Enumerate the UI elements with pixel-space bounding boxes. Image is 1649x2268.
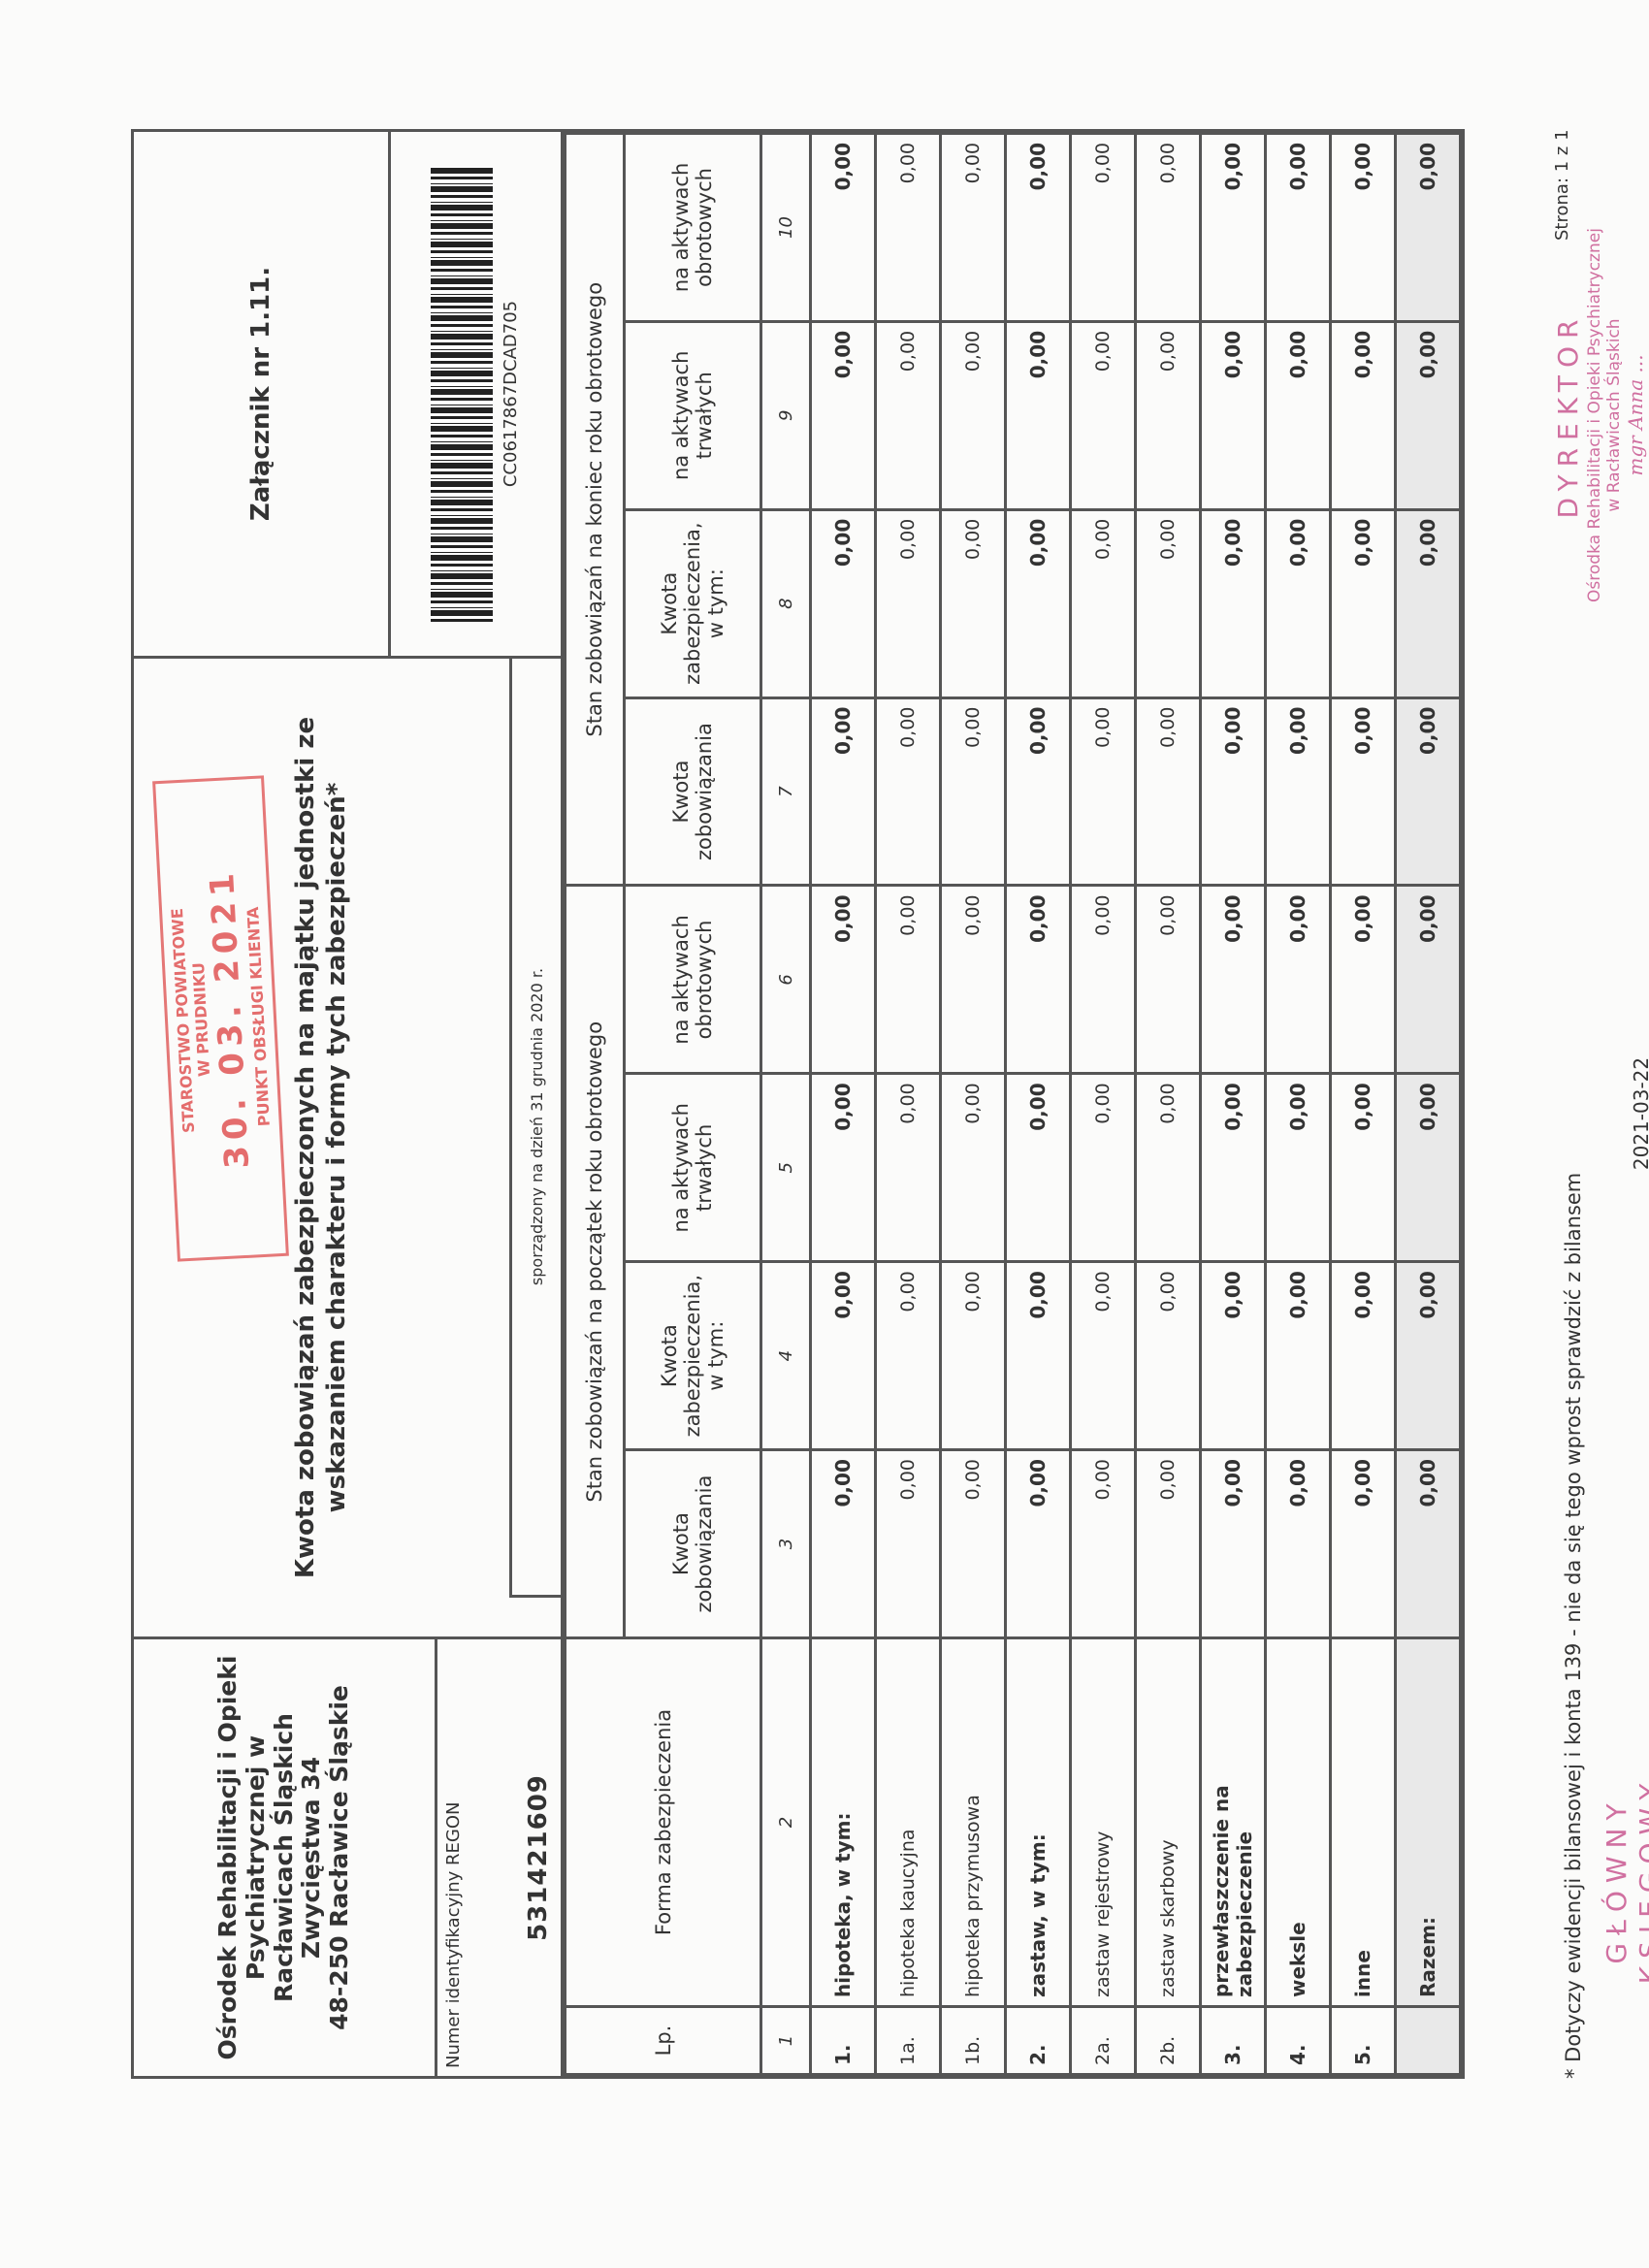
row-form: zastaw skarbowy <box>1136 1638 1201 2007</box>
table-row: 2a.zastaw rejestrowy0,000,000,000,000,00… <box>1071 134 1136 2075</box>
title-line-1: Kwota zobowiązań zabezpieczonych na mają… <box>291 717 321 1578</box>
barcode-icon <box>431 166 493 622</box>
row-value: 0,00 <box>1331 1262 1396 1450</box>
row-value: 0,00 <box>1006 134 1071 322</box>
row-value: 0,00 <box>1006 509 1071 697</box>
row-form: inne <box>1331 1638 1396 2007</box>
row-value: 0,00 <box>811 509 876 697</box>
attachment-block: Załącznik nr 1.11. CC0617867DCAD705 <box>134 132 561 656</box>
row-value: 0,00 <box>1396 509 1461 697</box>
row-value: 0,00 <box>1071 1074 1136 1262</box>
row-value: 0,00 <box>1006 1450 1071 1638</box>
group-end-header: Stan zobowiązań na koniec roku obrotoweg… <box>566 134 625 887</box>
row-value: 0,00 <box>811 134 876 322</box>
date-block: 2021-03-22 rok, miesiąc, dzień <box>1630 910 1649 1317</box>
row-value: 0,00 <box>1136 1262 1201 1450</box>
row-value: 0,00 <box>1266 697 1331 886</box>
col-4-header: Kwota zabezpieczenia, w tym: <box>625 1262 761 1450</box>
row-value: 0,00 <box>811 886 876 1074</box>
row-value: 0,00 <box>811 1450 876 1638</box>
column-number: 8 <box>761 509 811 697</box>
column-number: 3 <box>761 1450 811 1638</box>
row-value: 0,00 <box>1136 697 1201 886</box>
accountant-stamp: GŁÓWNY KSIĘGOWY mgr Alicja Pisiennik <box>1600 1734 1649 2025</box>
row-value: 0,00 <box>1006 1074 1071 1262</box>
accountant-stamp-title: GŁÓWNY KSIĘGOWY <box>1600 1734 1649 2025</box>
row-form: zastaw, w tym: <box>1006 1638 1071 2007</box>
row-value: 0,00 <box>876 509 941 697</box>
column-number: 2 <box>761 1638 811 2007</box>
row-form: weksle <box>1266 1638 1331 2007</box>
row-value: 0,00 <box>876 1074 941 1262</box>
row-lp: 5. <box>1331 2007 1396 2075</box>
table-body: 1.hipoteka, w tym:0,000,000,000,000,000,… <box>811 134 1461 2075</box>
org-line-1: Ośrodek Rehabilitacji i Opieki Psychiatr… <box>214 1649 271 2066</box>
director-stamp-title: DYREKTOR <box>1552 211 1585 619</box>
prepared-date: sporządzony na dzień 31 grudnia 2020 r. <box>509 659 561 1598</box>
row-form: hipoteka kaucyjna <box>876 1638 941 2007</box>
table-row: 1b.hipoteka przymusowa0,000,000,000,000,… <box>941 134 1006 2075</box>
footnote: * Dotyczy ewidencji bilansowej i konta 1… <box>1562 1173 1585 2079</box>
attachment-number: Załącznik nr 1.11. <box>134 132 391 656</box>
table-row: 3.przewłaszczenie na zabezpieczenie0,000… <box>1201 134 1266 2075</box>
row-value: 0,00 <box>1006 1262 1071 1450</box>
row-value: 0,00 <box>1071 134 1136 322</box>
row-value: 0,00 <box>1266 134 1331 322</box>
row-value: 0,00 <box>1006 886 1071 1074</box>
row-value: 0,00 <box>876 697 941 886</box>
director-stamp: DYREKTOR Ośrodka Rehabilitacji i Opieki … <box>1552 211 1647 619</box>
row-value: 0,00 <box>876 886 941 1074</box>
regon-box: Numer identyfikacyjny REGON 531421609 <box>435 1639 561 2076</box>
row-value: 0,00 <box>1331 1450 1396 1638</box>
row-value: 0,00 <box>1331 886 1396 1074</box>
row-value: 0,00 <box>941 509 1006 697</box>
row-value: 0,00 <box>1136 1450 1201 1638</box>
row-value: 0,00 <box>941 134 1006 322</box>
row-lp <box>1396 2007 1461 2075</box>
row-value: 0,00 <box>941 886 1006 1074</box>
row-value: 0,00 <box>1266 1450 1331 1638</box>
row-value: 0,00 <box>1071 1262 1136 1450</box>
row-value: 0,00 <box>1201 1262 1266 1450</box>
row-value: 0,00 <box>1331 1074 1396 1262</box>
row-value: 0,00 <box>811 321 876 509</box>
col-9-header: na aktywach trwałych <box>625 321 761 509</box>
director-stamp-line-1: Ośrodka Rehabilitacji i Opieki Psychiatr… <box>1585 211 1604 619</box>
row-value: 0,00 <box>1136 509 1201 697</box>
row-value: 0,00 <box>1396 1074 1461 1262</box>
col-10-header: na aktywach obrotowych <box>625 134 761 322</box>
row-value: 0,00 <box>1201 886 1266 1074</box>
table-row: 2b.zastaw skarbowy0,000,000,000,000,000,… <box>1136 134 1201 2075</box>
row-value: 0,00 <box>811 1262 876 1450</box>
row-value: 0,00 <box>811 1074 876 1262</box>
row-lp: 2a. <box>1071 2007 1136 2075</box>
row-value: 0,00 <box>1071 886 1136 1074</box>
row-lp: 1. <box>811 2007 876 2075</box>
barcode-block: CC0617867DCAD705 <box>391 132 561 656</box>
row-value: 0,00 <box>1201 697 1266 886</box>
page-indicator: Strona: 1 z 1 <box>1552 129 1572 241</box>
row-lp: 4. <box>1266 2007 1331 2075</box>
table-row: Razem:0,000,000,000,000,000,000,000,00 <box>1396 134 1461 2075</box>
column-number: 5 <box>761 1074 811 1262</box>
col-form-header: Forma zabezpieczenia <box>566 1638 761 2007</box>
report-date: 2021-03-22 <box>1630 910 1649 1317</box>
row-value: 0,00 <box>1266 886 1331 1074</box>
row-value: 0,00 <box>1006 321 1071 509</box>
group-start-header: Stan zobowiązań na początek roku obrotow… <box>566 886 625 1638</box>
row-value: 0,00 <box>1136 1074 1201 1262</box>
row-form: hipoteka przymusowa <box>941 1638 1006 2007</box>
row-value: 0,00 <box>941 1262 1006 1450</box>
row-value: 0,00 <box>1331 509 1396 697</box>
col-8-header: Kwota zabezpieczenia, w tym: <box>625 509 761 697</box>
row-value: 0,00 <box>1266 1074 1331 1262</box>
regon-label: Numer identyfikacyjny REGON <box>443 1647 464 2068</box>
liabilities-table: Lp. Forma zabezpieczenia Stan zobowiązań… <box>564 132 1462 2076</box>
director-signature: mgr Anna ... <box>1624 211 1647 619</box>
row-value: 0,00 <box>1396 134 1461 322</box>
row-value: 0,00 <box>941 321 1006 509</box>
title-line-2: wskazaniem charakteru i formy tych zabez… <box>322 717 352 1578</box>
column-number: 7 <box>761 697 811 886</box>
row-lp: 2b. <box>1136 2007 1201 2075</box>
table-row: 5.inne0,000,000,000,000,000,000,000,00 <box>1331 134 1396 2075</box>
col-3-header: Kwota zobowiązania <box>625 1450 761 1638</box>
row-value: 0,00 <box>1201 134 1266 322</box>
col-5-header: na aktywach trwałych <box>625 1074 761 1262</box>
document-page: Ośrodek Rehabilitacji i Opieki Psychiatr… <box>0 0 1649 2268</box>
table-row: 1.hipoteka, w tym:0,000,000,000,000,000,… <box>811 134 876 2075</box>
row-value: 0,00 <box>1266 509 1331 697</box>
row-lp: 2. <box>1006 2007 1071 2075</box>
row-value: 0,00 <box>811 697 876 886</box>
col-7-header: Kwota zobowiązania <box>625 697 761 886</box>
row-value: 0,00 <box>1266 321 1331 509</box>
row-value: 0,00 <box>1071 697 1136 886</box>
row-form: przewłaszczenie na zabezpieczenie <box>1201 1638 1266 2007</box>
row-value: 0,00 <box>1331 134 1396 322</box>
row-value: 0,00 <box>1071 1450 1136 1638</box>
organization-block: Ośrodek Rehabilitacji i Opieki Psychiatr… <box>134 1636 561 2076</box>
row-value: 0,00 <box>876 134 941 322</box>
row-value: 0,00 <box>1136 134 1201 322</box>
row-value: 0,00 <box>876 1262 941 1450</box>
row-value: 0,00 <box>1266 1262 1331 1450</box>
barcode-text: CC0617867DCAD705 <box>501 301 521 487</box>
table-row: 1a.hipoteka kaucyjna0,000,000,000,000,00… <box>876 134 941 2075</box>
row-value: 0,00 <box>941 1450 1006 1638</box>
row-value: 0,00 <box>1396 697 1461 886</box>
row-lp: 1a. <box>876 2007 941 2075</box>
form-frame: Ośrodek Rehabilitacji i Opieki Psychiatr… <box>131 129 1465 2079</box>
organization-name: Ośrodek Rehabilitacji i Opieki Psychiatr… <box>134 1639 435 2076</box>
org-line-3: Zwycięstwa 34 <box>298 1649 326 2066</box>
row-value: 0,00 <box>1396 1450 1461 1638</box>
column-number: 6 <box>761 886 811 1074</box>
table-row: 4.weksle0,000,000,000,000,000,000,000,00 <box>1266 134 1331 2075</box>
row-value: 0,00 <box>1396 886 1461 1074</box>
row-value: 0,00 <box>1331 321 1396 509</box>
row-value: 0,00 <box>876 1450 941 1638</box>
column-number: 9 <box>761 321 811 509</box>
row-value: 0,00 <box>1396 321 1461 509</box>
org-line-4: 48-250 Racławice Śląskie <box>326 1649 354 2066</box>
row-value: 0,00 <box>1136 886 1201 1074</box>
row-form: zastaw rejestrowy <box>1071 1638 1136 2007</box>
row-value: 0,00 <box>1331 697 1396 886</box>
row-value: 0,00 <box>876 321 941 509</box>
col-lp-header: Lp. <box>566 2007 761 2075</box>
column-number-row: 12345678910 <box>761 134 811 2075</box>
row-lp: 1b. <box>941 2007 1006 2075</box>
row-value: 0,00 <box>1201 1074 1266 1262</box>
column-number: 4 <box>761 1262 811 1450</box>
table-row: 2.zastaw, w tym:0,000,000,000,000,000,00… <box>1006 134 1071 2075</box>
row-value: 0,00 <box>1201 509 1266 697</box>
row-value: 0,00 <box>941 1074 1006 1262</box>
regon-value: 531421609 <box>524 1639 553 2076</box>
org-line-2: Racławicach Śląskich <box>271 1649 299 2066</box>
row-value: 0,00 <box>1071 509 1136 697</box>
row-value: 0,00 <box>1201 321 1266 509</box>
row-lp: 3. <box>1201 2007 1266 2075</box>
row-value: 0,00 <box>1006 697 1071 886</box>
row-value: 0,00 <box>1396 1262 1461 1450</box>
column-number: 1 <box>761 2007 811 2075</box>
row-value: 0,00 <box>941 697 1006 886</box>
row-value: 0,00 <box>1136 321 1201 509</box>
row-form: Razem: <box>1396 1638 1461 2007</box>
row-value: 0,00 <box>1071 321 1136 509</box>
row-form: hipoteka, w tym: <box>811 1638 876 2007</box>
director-stamp-line-2: w Racławicach Śląskich <box>1604 211 1624 619</box>
row-value: 0,00 <box>1201 1450 1266 1638</box>
col-6-header: na aktywach obrotowych <box>625 886 761 1074</box>
column-number: 10 <box>761 134 811 322</box>
